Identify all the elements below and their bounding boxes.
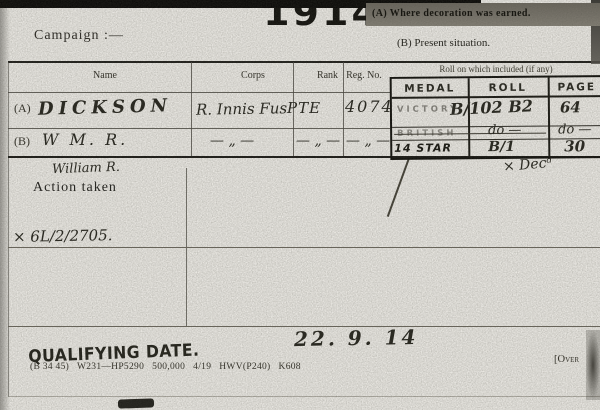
row-b-reg-ditto: — „ — <box>346 133 390 149</box>
star-roll-value: B/1 <box>488 139 515 155</box>
medal-roll-page-box: MEDAL ROLL PAGE VICTORY B/102 B2 64 BRIT… <box>390 75 600 160</box>
row-a-underline <box>8 128 390 129</box>
row-b-name: W M. R. <box>42 130 128 149</box>
row-a-corps: R. Innis Fus <box>196 99 287 119</box>
row-a-rank: PTE <box>287 99 321 117</box>
col-divider-name-corps <box>191 62 192 158</box>
row-a-name: DICKSON <box>38 95 173 120</box>
header-underline <box>8 92 390 93</box>
col-header-roll-included: Roll on which included (if any) <box>396 64 596 74</box>
note-b-text: (B) Present situation. <box>397 37 490 49</box>
name-note: William R. <box>52 160 120 177</box>
medal-14star-label: 14 STAR <box>394 141 452 155</box>
row-b-prefix: (B) <box>14 134 30 149</box>
row-b-corps-ditto: — „ — <box>210 133 254 149</box>
row-b-rank-ditto: — „ — <box>296 133 340 149</box>
box-header-medal: MEDAL <box>392 82 468 95</box>
col-header-reg-no: Reg. No. <box>336 70 392 81</box>
note-a-strip: (A) Where decoration was earned. <box>366 3 600 26</box>
british-roll-ditto: do — <box>488 123 521 138</box>
campaign-label: Campaign :— <box>34 28 124 44</box>
box-header-page: PAGE <box>550 81 600 93</box>
left-edge-smudge <box>0 0 10 410</box>
victory-page-value: 64 <box>560 98 581 116</box>
qualifying-date-value: 22. 9. 14 <box>294 325 419 351</box>
right-edge-smudge-bottom <box>586 330 600 400</box>
col-header-corps: Corps <box>213 70 293 81</box>
british-page-ditto: do — <box>558 122 591 137</box>
box-header-roll: ROLL <box>468 82 548 95</box>
row-a-prefix: (A) <box>14 101 31 116</box>
star-page-value: 30 <box>564 137 585 155</box>
pen-scratch <box>387 158 410 217</box>
table-top-rule <box>8 61 600 63</box>
action-taken-label: Action taken <box>33 180 117 196</box>
col-header-name: Name <box>60 70 150 81</box>
row-a-reg-no: 4074 <box>345 97 394 116</box>
ruled-line-3 <box>8 396 600 397</box>
victory-roll-value: B/102 B2 <box>450 96 534 119</box>
ruled-line-1 <box>8 247 600 248</box>
action-area-divider <box>186 168 187 326</box>
left-border-rule <box>8 62 9 397</box>
medal-british-label: BRITISH <box>397 128 456 139</box>
year-stamp: 1914 <box>263 0 381 34</box>
note-a-text: (A) Where decoration was earned. <box>372 8 531 19</box>
medal-index-card: 1914 (A) Where decoration was earned. Ca… <box>0 0 600 410</box>
bottom-ink-blob <box>118 398 154 408</box>
action-reference: × 6L/2/2705. <box>13 226 113 246</box>
over-label: [Over <box>554 354 579 365</box>
